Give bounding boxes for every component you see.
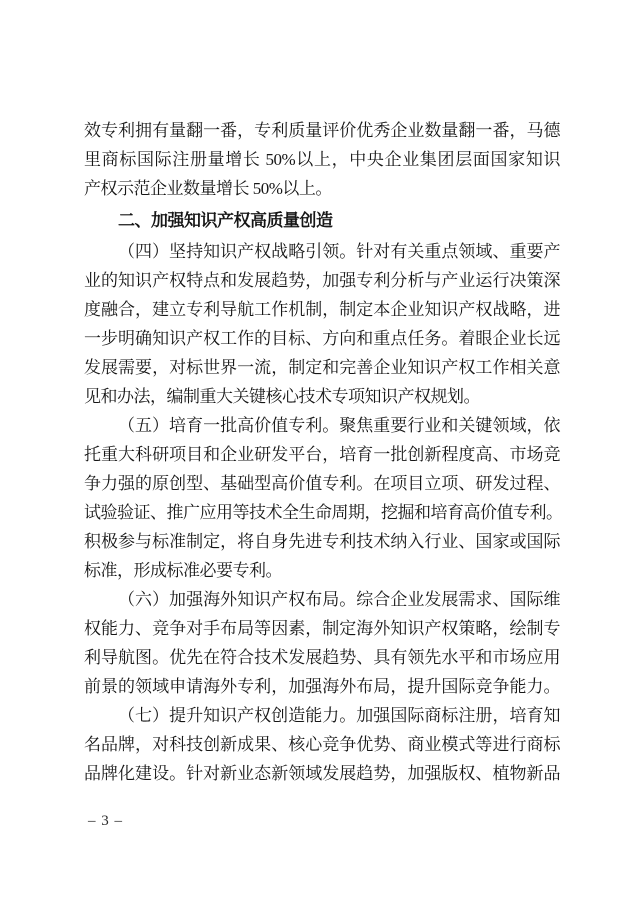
text-line: 积极参与标准制定，将自身先进专利技术纳入行业、国家或国际 bbox=[84, 527, 560, 556]
text-line: 业的知识产权特点和发展趋势，加强专利分析与产业运行决策深 bbox=[84, 266, 560, 295]
text-line: 利导航图。优先在符合技术发展趋势、具有领先水平和市场应用 bbox=[84, 643, 560, 672]
text-block: 效专利拥有量翻一番，专利质量评价优秀企业数量翻一番，马德里商标国际注册量增长 5… bbox=[84, 116, 560, 788]
text-line: （七）提升知识产权创造能力。加强国际商标注册，培育知 bbox=[84, 701, 560, 730]
text-line: 权能力、竞争对手布局等因素，制定海外知识产权策略，绘制专 bbox=[84, 614, 560, 643]
page-number: – 3 – bbox=[88, 811, 123, 831]
text-line: 效专利拥有量翻一番，专利质量评价优秀企业数量翻一番，马德 bbox=[84, 116, 560, 145]
paragraph: （六）加强海外知识产权布局。综合企业发展需求、国际维权能力、竞争对手布局等因素，… bbox=[84, 585, 560, 701]
text-line: 品牌化建设。针对新业态新领域发展趋势，加强版权、植物新品 bbox=[84, 759, 560, 788]
text-line: 试验验证、推广应用等技术全生命周期，挖掘和培育高价值专利。 bbox=[84, 498, 560, 527]
text-line: 度融合，建立专利导航工作机制，制定本企业知识产权战略，进 bbox=[84, 295, 560, 324]
paragraph: （四）坚持知识产权战略引领。针对有关重点领域、重要产业的知识产权特点和发展趋势，… bbox=[84, 237, 560, 411]
text-line: （五）培育一批高价值专利。聚焦重要行业和关键领域，依 bbox=[84, 411, 560, 440]
text-line: 前景的领域申请海外专利，加强海外布局，提升国际竞争能力。 bbox=[84, 672, 560, 701]
text-line: 名品牌，对科技创新成果、核心竞争优势、商业模式等进行商标 bbox=[84, 730, 560, 759]
text-line: 发展需要，对标世界一流，制定和完善企业知识产权工作相关意 bbox=[84, 353, 560, 382]
text-line: 里商标国际注册量增长 50%以上，中央企业集团层面国家知识 bbox=[84, 145, 560, 174]
text-line: （四）坚持知识产权战略引领。针对有关重点领域、重要产 bbox=[84, 237, 560, 266]
text-line: 见和办法，编制重大关键核心技术专项知识产权规划。 bbox=[84, 382, 560, 411]
text-line: 争力强的原创型、基础型高价值专利。在项目立项、研发过程、 bbox=[84, 469, 560, 498]
text-line: 标准，形成标准必要专利。 bbox=[84, 556, 560, 585]
document-page: 效专利拥有量翻一番，专利质量评价优秀企业数量翻一番，马德里商标国际注册量增长 5… bbox=[0, 0, 636, 900]
section-heading-line: 二、加强知识产权高质量创造 bbox=[84, 206, 560, 235]
text-line: （六）加强海外知识产权布局。综合企业发展需求、国际维 bbox=[84, 585, 560, 614]
text-line: 一步明确知识产权工作的目标、方向和重点任务。着眼企业长远 bbox=[84, 324, 560, 353]
paragraph: 效专利拥有量翻一番，专利质量评价优秀企业数量翻一番，马德里商标国际注册量增长 5… bbox=[84, 116, 560, 203]
text-line: 产权示范企业数量增长 50%以上。 bbox=[84, 174, 560, 203]
text-line: 托重大科研项目和企业研发平台，培育一批创新程度高、市场竞 bbox=[84, 440, 560, 469]
paragraph: （五）培育一批高价值专利。聚焦重要行业和关键领域，依托重大科研项目和企业研发平台… bbox=[84, 411, 560, 585]
section-heading: 二、加强知识产权高质量创造 bbox=[84, 206, 560, 235]
paragraph: （七）提升知识产权创造能力。加强国际商标注册，培育知名品牌，对科技创新成果、核心… bbox=[84, 701, 560, 788]
